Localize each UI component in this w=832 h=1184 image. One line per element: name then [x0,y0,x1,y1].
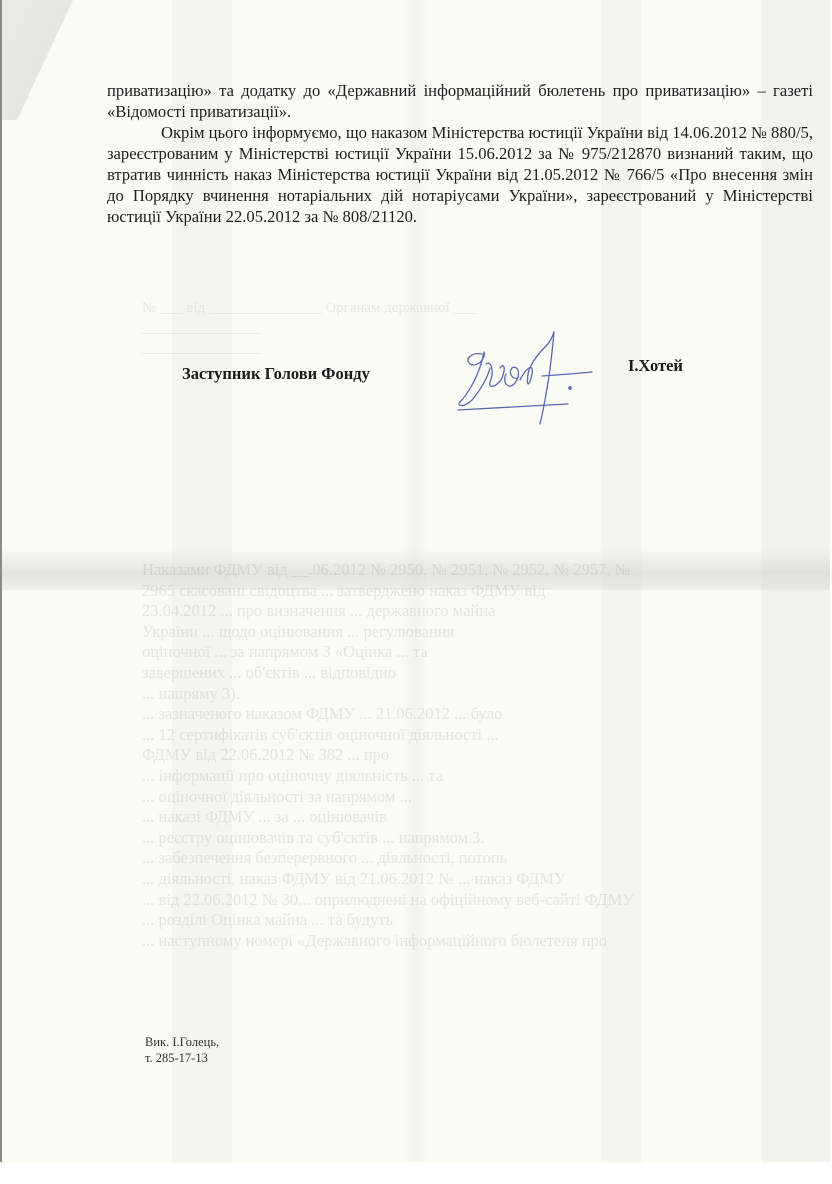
letter-body: приватизацію» та додатку до «Державний і… [107,80,813,227]
bleed-line: ... розділі Оцінка майна ... та будуть [142,910,822,931]
handwritten-signature-icon [442,324,612,434]
bleed-line: ... інформації про оціночну діяльність .… [142,766,822,787]
bleed-line: ... оціночної діяльності за напрямом ... [142,787,822,808]
bleed-line: 23.04.2012 ... про визначення ... держав… [142,601,822,622]
bleed-line: ... наступному номері «Державного інформ… [142,931,822,952]
paragraph-notice: Окрім цього інформуємо, що наказом Мініс… [107,122,813,227]
signatory-position: Заступник Голови Фонду [182,364,370,384]
executor-name: Вик. І.Голець, [145,1034,219,1050]
bleed-line: № ___ від _______________ Органам держав… [142,298,822,318]
scan-corner-shadow [2,0,74,120]
bleed-line: оціночної ... за напрямом 3 «Оцінка ... … [142,642,822,663]
executor-info: Вик. І.Голець, т. 285-17-13 [145,1034,219,1066]
bleed-line: 2965 скасовані свідоцтва ... затверджено… [142,581,822,602]
scanned-page: № ___ від _______________ Органам держав… [0,0,830,1162]
bleed-line: ... зазначеного наказом ФДМУ ... 21.06.2… [142,704,822,725]
bleed-line: ... діяльності, наказ ФДМУ від 21.06.201… [142,869,822,890]
signatory-name: І.Хотей [628,356,683,376]
bleed-line: ... від 22.06.2012 № 30... оприлюднені н… [142,890,822,911]
bleed-line: Наказами ФДМУ від __.06.2012 № 2950, № 2… [142,560,822,581]
executor-phone: т. 285-17-13 [145,1050,219,1066]
bleed-line: ... реєстру оцінювачів та суб'єктів ... … [142,828,822,849]
bleed-line: України ... щодо оцінювання ... регулюва… [142,622,822,643]
signature-block: Заступник Голови Фонду І.Хотей [2,356,830,416]
paragraph-continuation: приватизацію» та додатку до «Державний і… [107,80,813,122]
bleed-line: завершених ... об'єктів ... відповідно [142,663,822,684]
bleed-through-text: Наказами ФДМУ від __.06.2012 № 2950, № 2… [142,560,822,951]
bleed-line: ... наказі ФДМУ ... за ... оцінювачів [142,807,822,828]
bleed-line: ... напряму 3). [142,684,822,705]
bleed-line: ... забезпечення безперервного ... діяль… [142,848,822,869]
bleed-line: ... 12 сертифікатів суб'єктів оціночної … [142,725,822,746]
bleed-line: ФДМУ від 22.06.2012 № 382 ... про [142,745,822,766]
